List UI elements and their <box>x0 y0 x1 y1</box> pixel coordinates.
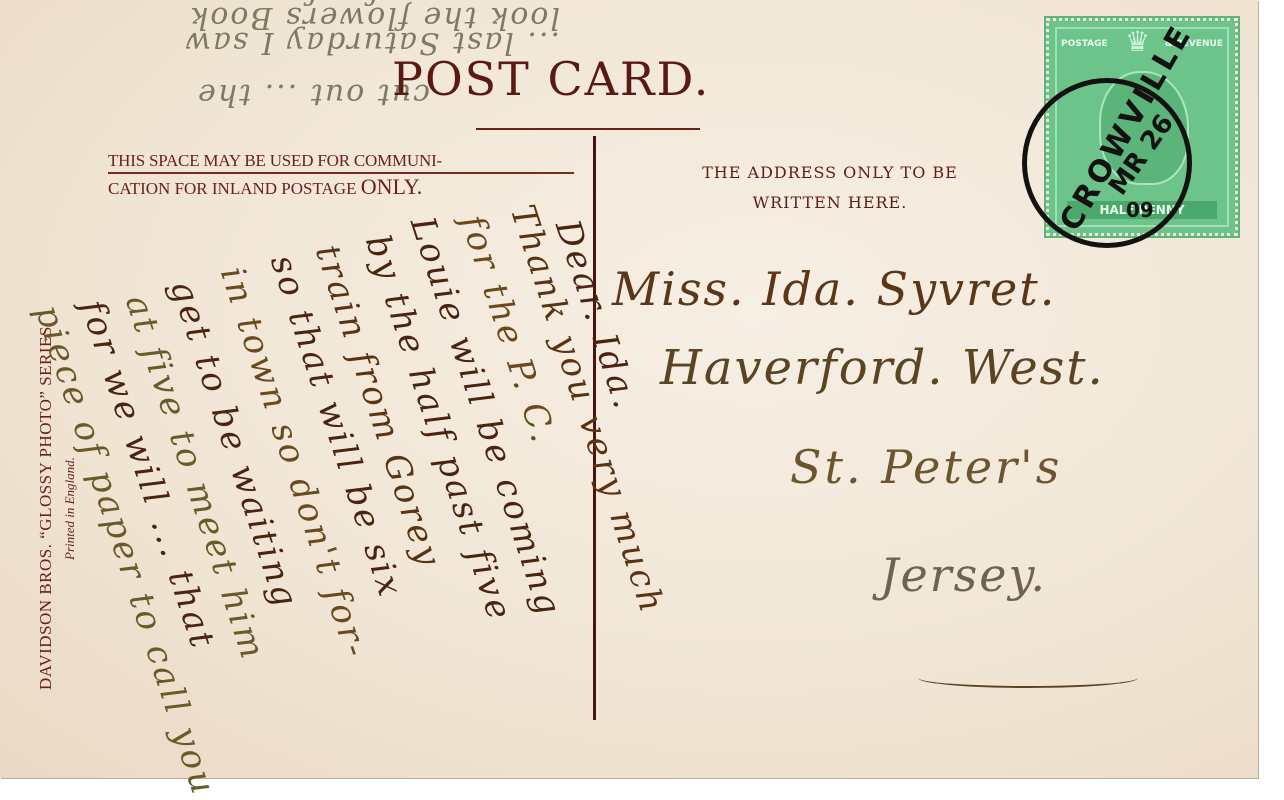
postcard-title: POST CARD. <box>392 52 710 106</box>
communication-notice: THIS SPACE MAY BE USED FOR COMMUNI- CATI… <box>108 152 574 198</box>
communication-notice-line2-text: CATION FOR INLAND POSTAGE <box>108 179 356 198</box>
postcard: ... last Saturday I saw cut out ... the … <box>0 0 1258 778</box>
stamp-postage-label: POSTAGE <box>1061 39 1108 49</box>
address-notice: THE ADDRESS ONLY TO BE WRITTEN HERE. <box>655 158 1005 218</box>
address-underline-flourish <box>918 668 1138 688</box>
address-line-name: Miss. Ida. Syvret. <box>612 262 1056 316</box>
communication-rule <box>108 172 574 174</box>
title-underline <box>476 128 700 130</box>
upside-down-message-line: for from ... <box>193 0 380 10</box>
communication-only: ONLY. <box>361 174 423 199</box>
communication-notice-line2: CATION FOR INLAND POSTAGE ONLY. <box>108 178 574 198</box>
address-line-house: Haverford. West. <box>660 340 1105 396</box>
postmark-year: 09 <box>1126 198 1154 222</box>
communication-notice-line1: THIS SPACE MAY BE USED FOR COMMUNI- <box>108 152 574 170</box>
address-notice-line2: WRITTEN HERE. <box>655 188 1005 218</box>
address-line-parish: St. Peter's <box>790 440 1062 494</box>
crown-icon: ♛ <box>1125 25 1150 59</box>
address-notice-line1: THE ADDRESS ONLY TO BE <box>655 158 1005 188</box>
address-line-island: Jersey. <box>880 548 1047 602</box>
